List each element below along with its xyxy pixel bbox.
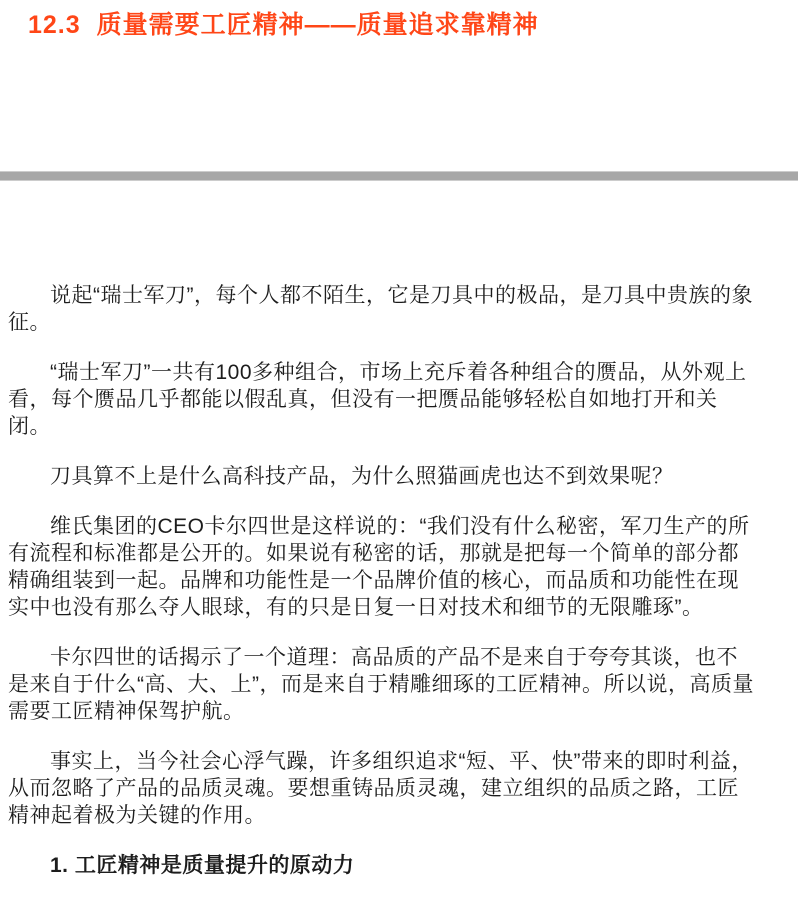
paragraph-6: 事实上，当今社会心浮气躁，许多组织追求“短、平、快”带来的即时利益，从而忽略了产… — [8, 748, 758, 829]
document-page: 12.3质量需要工匠精神——质量追求靠精神 说起“瑞士军刀”，每个人都不陌生，它… — [0, 0, 798, 899]
section-divider — [0, 171, 798, 181]
paragraph-2: “瑞士军刀”一共有100多种组合，市场上充斥着各种组合的赝品，从外观上看，每个赝… — [8, 359, 758, 440]
paragraph-4: 维氏集团的CEO卡尔四世是这样说的：“我们没有什么秘密，军刀生产的所有流程和标准… — [8, 513, 758, 621]
paragraph-5: 卡尔四世的话揭示了一个道理：高品质的产品不是来自于夸夸其谈，也不是来自于什么“高… — [8, 644, 758, 725]
paragraph-3: 刀具算不上是什么高科技产品，为什么照猫画虎也达不到效果呢？ — [8, 463, 758, 490]
paragraph-1: 说起“瑞士军刀”，每个人都不陌生，它是刀具中的极品，是刀具中贵族的象征。 — [8, 282, 758, 336]
document-body: 说起“瑞士军刀”，每个人都不陌生，它是刀具中的极品，是刀具中贵族的象征。 “瑞士… — [8, 282, 758, 879]
section-title: 12.3质量需要工匠精神——质量追求靠精神 — [28, 5, 539, 41]
section-title-text: 质量需要工匠精神——质量追求靠精神 — [97, 11, 539, 39]
section-number: 12.3 — [28, 11, 81, 39]
subheading-1: 1. 工匠精神是质量提升的原动力 — [8, 852, 758, 879]
